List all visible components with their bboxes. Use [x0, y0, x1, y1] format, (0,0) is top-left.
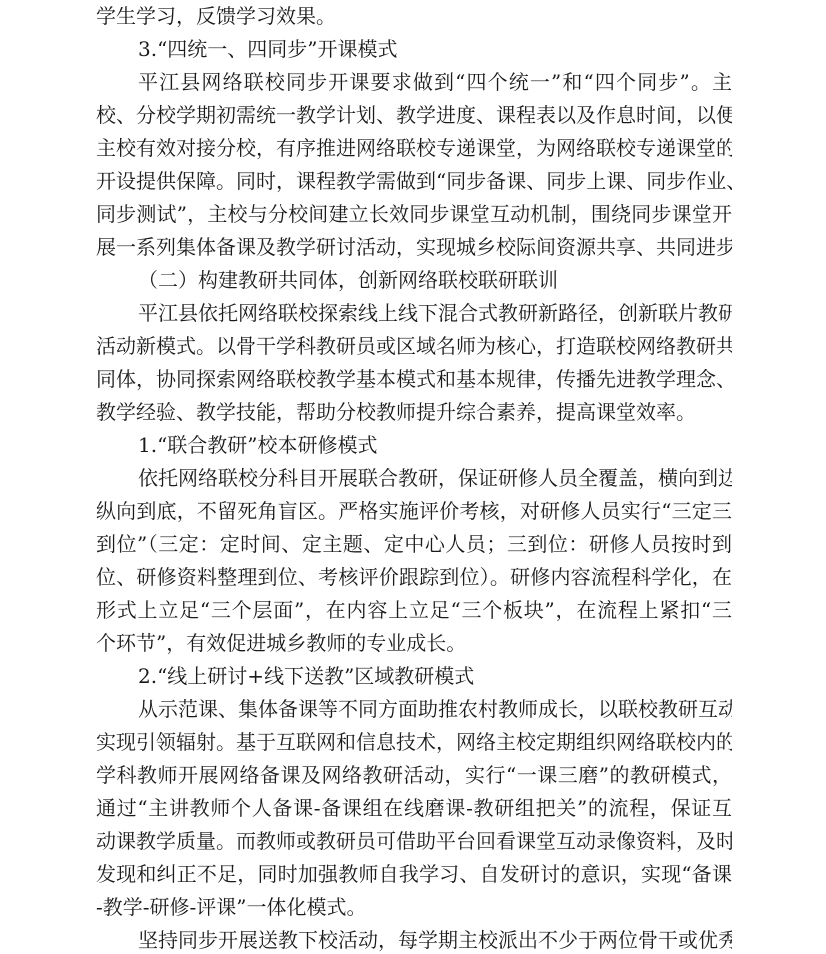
text-line: 依托网络联校分科目开展联合教研，保证研修人员全覆盖，横向到边， — [96, 462, 732, 495]
text-line: 从示范课、集体备课等不同方面助推农村教师成长，以联校教研互动 — [96, 693, 732, 726]
text-line: 主校有效对接分校，有序推进网络联校专递课堂，为网络联校专递课堂的 — [96, 132, 732, 165]
section-heading: 3.“四统一、四同步”开课模式 — [96, 33, 732, 66]
section-heading: （二）构建教研共同体，创新网络联校联研联训 — [96, 264, 732, 297]
text-line: 学生学习，反馈学习效果。 — [96, 0, 732, 33]
text-line: 发现和纠正不足，同时加强教师自我学习、自发研讨的意识，实现“备课 — [96, 858, 732, 891]
text-line: 通过“主讲教师个人备课-备课组在线磨课-教研组把关”的流程，保证互 — [96, 792, 732, 825]
text-line: 到位”（三定：定时间、定主题、定中心人员；三到位：研修人员按时到 — [96, 528, 732, 561]
section-heading: 1.“联合教研”校本研修模式 — [96, 429, 732, 462]
text-line: 活动新模式。以骨干学科教研员或区域名师为核心，打造联校网络教研共 — [96, 330, 732, 363]
text-line: 教学经验、教学技能，帮助分校教师提升综合素养，提高课堂效率。 — [96, 396, 732, 429]
text-line: 开设提供保障。同时，课程教学需做到“同步备课、同步上课、同步作业、 — [96, 165, 732, 198]
section-heading: 2.“线上研讨+线下送教”区域教研模式 — [96, 660, 732, 693]
text-line: 形式上立足“三个层面”，在内容上立足“三个板块”，在流程上紧扣“三 — [96, 594, 732, 627]
text-line: 个环节”，有效促进城乡教师的专业成长。 — [96, 627, 732, 660]
text-line: 校、分校学期初需统一教学计划、教学进度、课程表以及作息时间，以便 — [96, 99, 732, 132]
text-line: -教学-研修-评课”一体化模式。 — [96, 891, 732, 924]
document-page: 学生学习，反馈学习效果。 3.“四统一、四同步”开课模式 平江县网络联校同步开课… — [96, 0, 732, 954]
text-line: 坚持同步开展送教下校活动，每学期主校派出不少于两位骨干或优秀 — [96, 924, 732, 954]
text-line: 平江县网络联校同步开课要求做到“四个统一”和“四个同步”。主 — [96, 66, 732, 99]
text-line: 展一系列集体备课及教学研讨活动，实现城乡校际间资源共享、共同进步。 — [96, 231, 732, 264]
text-line: 平江县依托网络联校探索线上线下混合式教研新路径，创新联片教研 — [96, 297, 732, 330]
text-line: 同步测试”，主校与分校间建立长效同步课堂互动机制，围绕同步课堂开 — [96, 198, 732, 231]
text-line: 实现引领辐射。基于互联网和信息技术，网络主校定期组织网络联校内的 — [96, 726, 732, 759]
text-line: 同体，协同探索网络联校教学基本模式和基本规律，传播先进教学理念、 — [96, 363, 732, 396]
text-line: 学科教师开展网络备课及网络教研活动，实行“一课三磨”的教研模式， — [96, 759, 732, 792]
text-line: 位、研修资料整理到位、考核评价跟踪到位）。研修内容流程科学化，在 — [96, 561, 732, 594]
text-line: 动课教学质量。而教师或教研员可借助平台回看课堂互动录像资料，及时 — [96, 825, 732, 858]
text-line: 纵向到底，不留死角盲区。严格实施评价考核，对研修人员实行“三定三 — [96, 495, 732, 528]
